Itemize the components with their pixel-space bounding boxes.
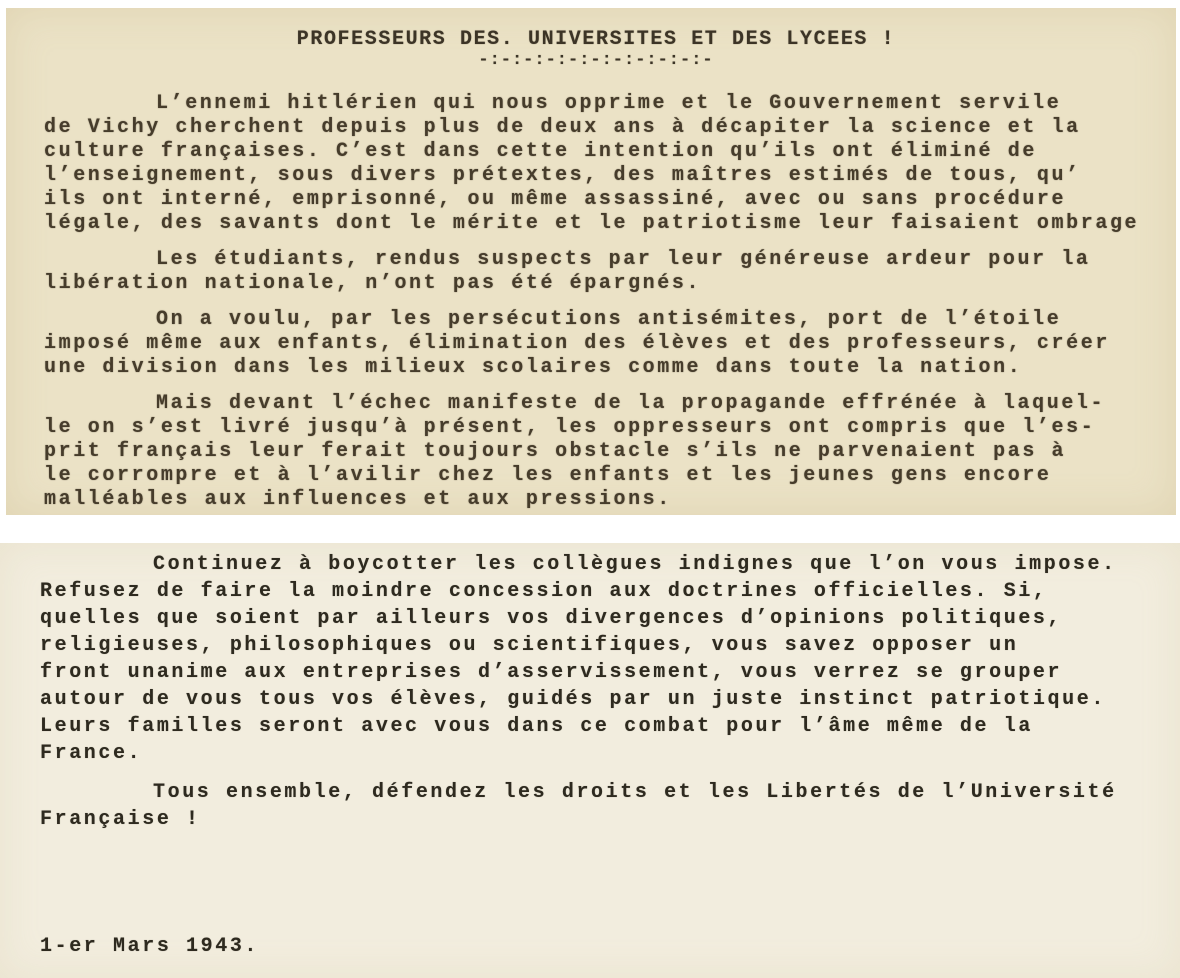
- paragraph-propagande: Mais devant l’échec manifeste de la prop…: [44, 392, 1148, 512]
- scan-fragment-bottom: Continuez à boycotter les collègues indi…: [0, 543, 1180, 978]
- document-scan: PROFESSEURS DES. UNIVERSITES ET DES LYCE…: [0, 0, 1180, 978]
- title-underline: -:-:-:-:-:-:-:-:-:-:-: [44, 51, 1148, 70]
- paragraph-enemy-hitlerien: L’ennemi hitlérien qui nous opprime et l…: [44, 92, 1148, 236]
- date-line: 1-er Mars 1943.: [40, 935, 1152, 959]
- scan-fragment-top: PROFESSEURS DES. UNIVERSITES ET DES LYCE…: [6, 8, 1176, 515]
- paragraph-boycott: Continuez à boycotter les collègues indi…: [40, 551, 1152, 767]
- document-title: PROFESSEURS DES. UNIVERSITES ET DES LYCE…: [44, 28, 1148, 51]
- paragraph-tous-ensemble: Tous ensemble, défendez les droits et le…: [40, 779, 1152, 833]
- paragraph-persecutions: On a voulu, par les persécutions antisém…: [44, 308, 1148, 380]
- paragraph-etudiants: Les étudiants, rendus suspects par leur …: [44, 248, 1148, 296]
